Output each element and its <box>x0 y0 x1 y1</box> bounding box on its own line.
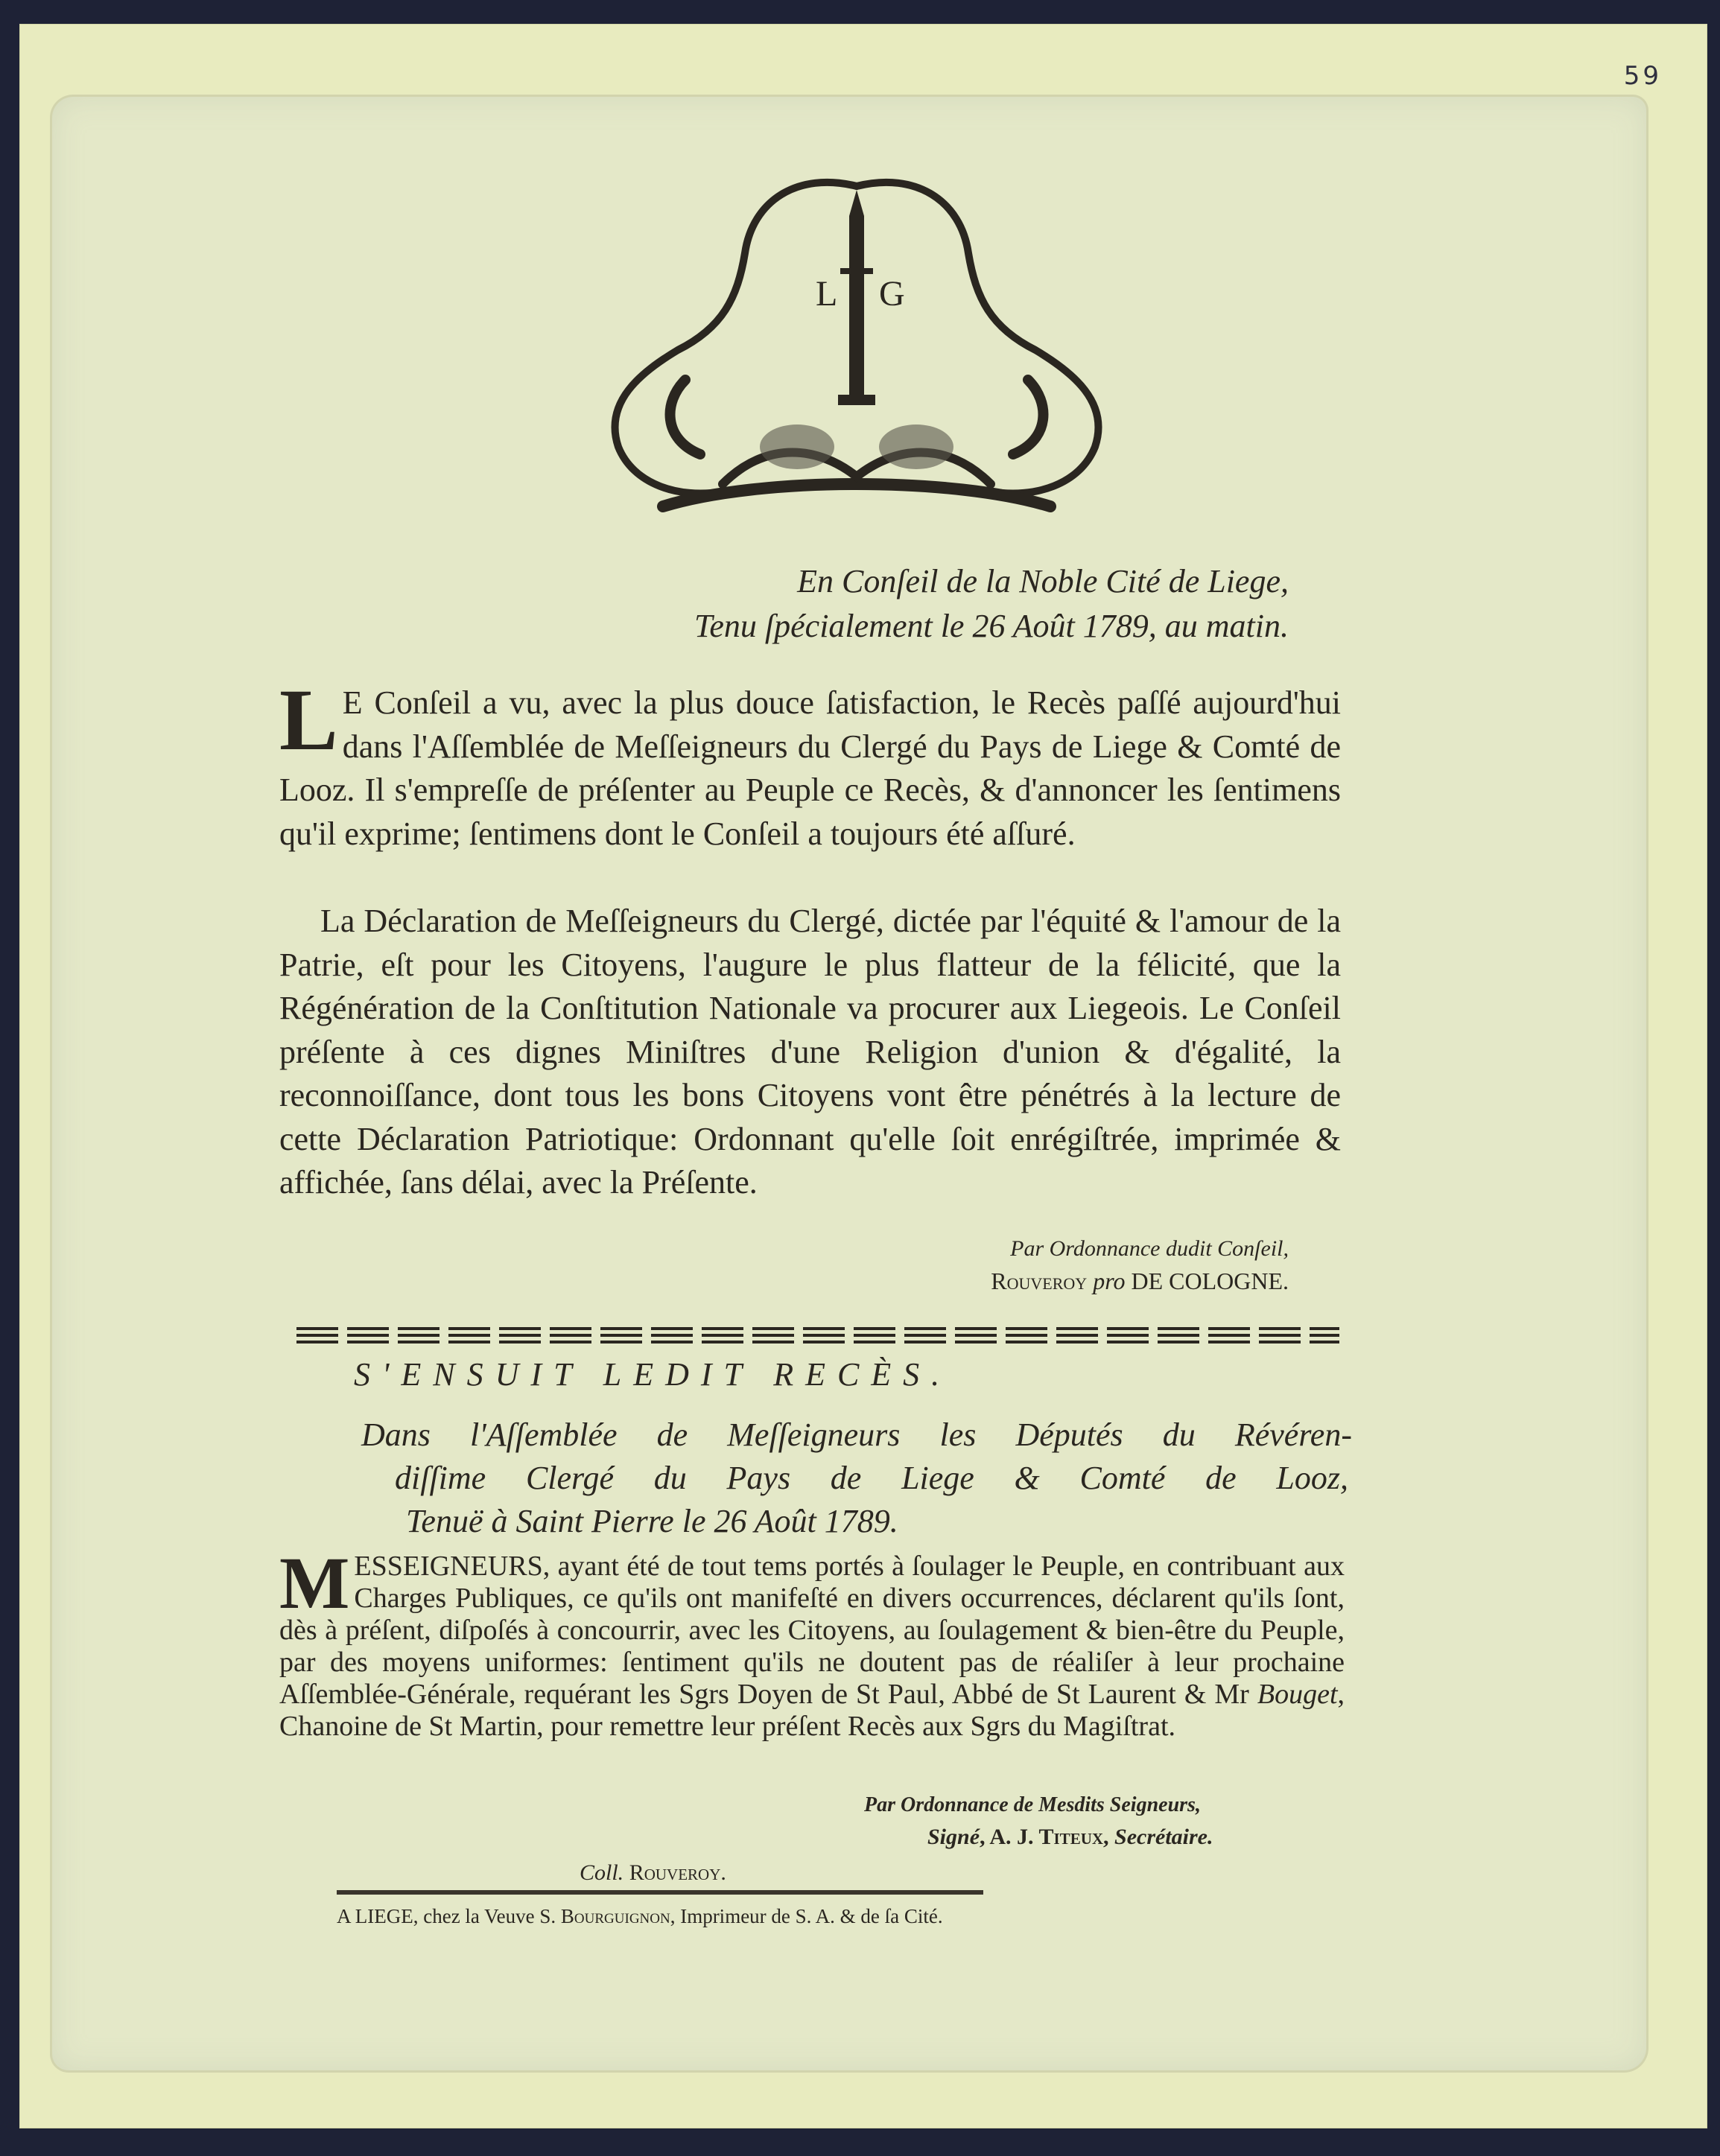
secretary-name: , A. J. Titeux, <box>980 1825 1114 1849</box>
recess-subtitle-line-1: Dans l'Aſſemblée de Meſſeigneurs les Dép… <box>361 1414 1352 1457</box>
heading-line-2: Tenu ſpécialement le 26 Août 1789, au ma… <box>447 605 1289 648</box>
recess-signature-line: Par Ordonnance de Mesdits Seigneurs, <box>864 1793 1201 1817</box>
signe-label: Signé <box>927 1825 980 1849</box>
imprint-printer: Bourguignon <box>561 1905 670 1927</box>
recess-title: S'ENSUIT LEDIT RECÈS. <box>354 1355 951 1393</box>
collation-line: Coll. Rouveroy. <box>580 1860 726 1886</box>
signatory-rouveroy: Rouveroy <box>991 1268 1087 1294</box>
secretary-title: Secrétaire. <box>1114 1825 1213 1849</box>
recess-subtitle-line-2: diſſime Clergé du Pays de Liege & Comté … <box>395 1457 1348 1500</box>
recess-body-italic: Bouget <box>1257 1679 1338 1710</box>
dropcap-l: L <box>279 686 338 754</box>
imprint-prefix: A LIEGE, chez la Veuve S. <box>337 1905 561 1927</box>
council-paragraph-2: La Déclaration de Meſſeigneurs du Clergé… <box>279 900 1341 1205</box>
recess-subtitle-line-3: Tenuë à Saint Pierre le 26 Août 1789. <box>406 1500 898 1543</box>
council-signature-name: Rouveroy pro DE COLOGNE. <box>521 1268 1289 1295</box>
signatory-pro: pro <box>1093 1268 1125 1294</box>
coll-name: Rouveroy. <box>629 1860 726 1885</box>
imprint-rule <box>337 1890 983 1895</box>
folio-number: 59 <box>1624 61 1662 91</box>
emblem-letter-g: G <box>879 274 905 314</box>
signatory-de-cologne: DE COLOGNE. <box>1131 1268 1289 1294</box>
council-paragraph-1: L E Conſeil a vu, avec la plus douce ſat… <box>279 681 1341 856</box>
printer-imprint: A LIEGE, chez la Veuve S. Bourguignon, I… <box>337 1905 943 1928</box>
recess-signature-name: Signé, A. J. Titeux, Secrétaire. <box>927 1825 1213 1850</box>
imprint-suffix: , Imprimeur de S. A. & de ſa Cité. <box>670 1905 943 1927</box>
heading-line-1: En Conſeil de la Noble Cité de Liege, <box>447 560 1289 603</box>
coll-label: Coll. <box>580 1860 623 1885</box>
recess-body: M ESSEIGNEURS, ayant été de tout tems po… <box>279 1551 1345 1743</box>
council-signature-line: Par Ordonnance dudit Conſeil, <box>521 1236 1289 1262</box>
dropcap-m: M <box>279 1554 349 1613</box>
ornamental-divider <box>296 1327 1339 1343</box>
emblem-letter-l: L <box>816 274 837 314</box>
recess-lead-word: ESSEIGNEURS <box>354 1551 542 1582</box>
perron-emblem-icon: L G <box>574 156 1140 521</box>
council-paragraph-1-text: E Conſeil a vu, avec la plus douce ſatis… <box>279 684 1341 852</box>
